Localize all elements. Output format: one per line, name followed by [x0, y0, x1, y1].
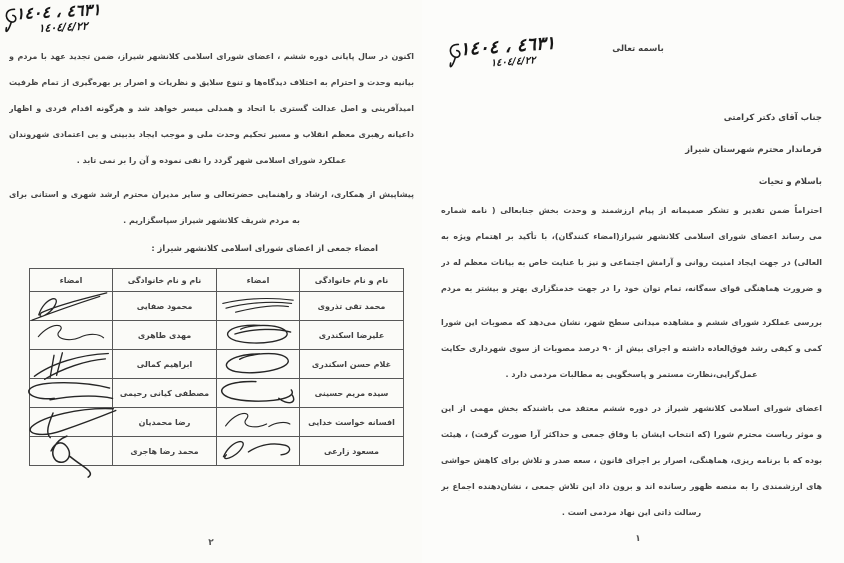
body-line: اعضای شورای اسلامی کلانشهر شیراز در دوره… [441, 396, 822, 422]
body-line: داعیانه رهبری معظم انقلاب و مسیر تحکیم و… [9, 122, 414, 148]
letter-body: اکنون در سال پایانی دوره ششم ، اعضای شور… [9, 44, 414, 234]
flourish-mark [1, 6, 19, 37]
salutation: باسلام و تحیات [492, 166, 822, 198]
member-name: محمود صفایی [113, 292, 217, 321]
table-row: مسعود زارعی محمد رضا هاجری [30, 437, 404, 466]
body-line: رسالت ذاتی این نهاد مردمی است . [441, 500, 822, 526]
signature-cell [30, 437, 113, 466]
body-line: امیدآفرینی و اصل عدالت گستری با اتحاد و … [9, 96, 414, 122]
letter-body: احتراماً ضمن تقدیر و تشکر صمیمانه از پیا… [441, 198, 822, 526]
body-line: می رساند اعضای شورای اسلامی کلانشهر شیرا… [441, 224, 822, 250]
page-number: ۱ [432, 534, 844, 544]
signature [218, 292, 298, 318]
signature-cell [217, 292, 300, 321]
member-name: ابراهیم کمالی [113, 350, 217, 379]
member-name: مسعود زارعی [300, 437, 404, 466]
handwritten-registration: ٤٦٣١ ، ١٤٠٤ ١٤٠٤/٤/٢٢ [459, 33, 557, 72]
member-name: محمد تقی تذروی [300, 292, 404, 321]
member-name: غلام حسن اسکندری [300, 350, 404, 379]
body-line: بوده که با برنامه ریزی، هماهنگی، اصرار ب… [441, 448, 822, 474]
member-name: مهدی طاهری [113, 321, 217, 350]
member-name: افسانه خواست خدایی [300, 408, 404, 437]
column-header-signature: امضاء [217, 269, 300, 292]
body-line: احتراماً ضمن تقدیر و تشکر صمیمانه از پیا… [441, 198, 822, 224]
body-line: بررسی عملکرد شورای ششم و مشاهده میدانی س… [441, 310, 822, 336]
column-header-name: نام و نام خانوادگی [300, 269, 404, 292]
member-name: محمد رضا هاجری [113, 437, 217, 466]
signatures-heading: امضاء جمعی از اعضای شورای اسلامی کلانشهر… [20, 238, 378, 258]
flourish-mark [445, 41, 463, 72]
signature [210, 434, 306, 465]
signature [206, 375, 310, 409]
signature-cell [217, 408, 300, 437]
page-1: باسمه تعالی ٤٦٣١ ، ١٤٠٤ ١٤٠٤/٤/٢٢ جناب آ… [432, 0, 844, 563]
page-number: ۲ [0, 538, 422, 548]
handwritten-registration: ٤٦٣١ ، ١٤٠٤ ١٤٠٤/٤/٢٢ [15, 0, 102, 36]
table-row: محمد تقی تذروی محمود صفایی [30, 292, 404, 321]
member-name: علیرضا اسکندری [300, 321, 404, 350]
body-line: کمی و کیفی رشد فوق‌العاده داشته و اجرای … [441, 336, 822, 362]
signatures-table: نام و نام خانوادگی امضاء نام و نام خانوا… [29, 268, 404, 466]
member-name: سیده مریم حسینی [300, 379, 404, 408]
body-line: عملکرد شورای اسلامی شهر گردد را نفی نمود… [9, 148, 414, 174]
recipient-block: جناب آقای دکتر کرامتی فرماندار محترم شهر… [492, 102, 822, 198]
body-line: اکنون در سال پایانی دوره ششم ، اعضای شور… [9, 44, 414, 70]
table-row: افسانه خواست خدایی رضا محمدیان [30, 408, 404, 437]
signature-cell [217, 379, 300, 408]
column-header-name: نام و نام خانوادگی [113, 269, 217, 292]
page-2: ٤٦٣١ ، ١٤٠٤ ١٤٠٤/٤/٢٢ اکنون در سال پایان… [0, 0, 422, 563]
body-line: العالی) در جهت ایجاد امنیت روانی و آرامش… [441, 250, 822, 276]
recipient-title: فرماندار محترم شهرستان شیراز [492, 134, 822, 166]
body-line: و ضرورت هماهنگی قوای سه‌گانه، تمام توان … [441, 276, 822, 302]
body-line: پیشاپیش از همکاری، ارشاد و راهنمایی حضرت… [9, 182, 414, 208]
body-line: و موثر ریاست محترم شورا (که انتخاب ایشان… [441, 422, 822, 448]
body-line: عمل‌گرایی،نظارت مستمر و پاسخگویی به مطال… [441, 362, 822, 388]
member-name: مصطفی کیانی رحیمی [113, 379, 217, 408]
body-line: به مردم شریف کلانشهر شیراز سپاسگزاریم . [9, 208, 414, 234]
signature-cell [217, 437, 300, 466]
member-name: رضا محمدیان [113, 408, 217, 437]
scanned-document: ٤٦٣١ ، ١٤٠٤ ١٤٠٤/٤/٢٢ اکنون در سال پایان… [0, 0, 844, 563]
recipient-name: جناب آقای دکتر کرامتی [492, 102, 822, 134]
signature [217, 405, 299, 437]
body-line: بیانیه وحدت و احترام به اختلاف دیدگاه‌ها… [9, 70, 414, 96]
body-line: های ارزشمندی را به منصه ظهور رسانده اند … [441, 474, 822, 500]
